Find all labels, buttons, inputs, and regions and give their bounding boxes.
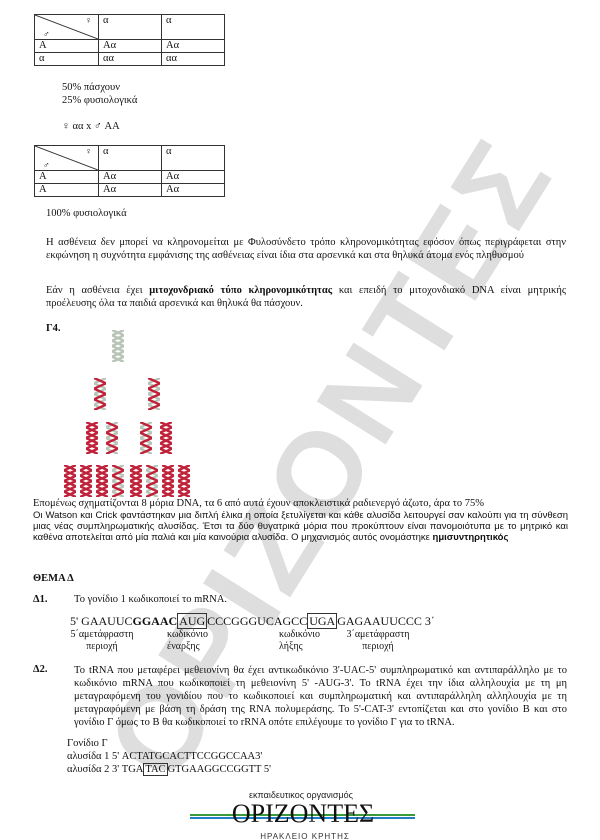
column-header: α: [162, 146, 225, 171]
dna-helix-icon: [64, 465, 76, 497]
female-symbol: ♀: [85, 15, 92, 25]
column-header: α: [99, 15, 162, 40]
result-all-normal: 100% φυσιολογικά: [46, 208, 127, 219]
female-symbol: ♀: [85, 146, 92, 156]
dna-helix-icon: [130, 465, 142, 497]
genotype-cell: Αα: [99, 184, 162, 197]
d1-label: Δ1.: [33, 594, 47, 605]
bold-term: μιτοχονδριακό τύπο κληρονομικότητας: [149, 285, 332, 296]
dna-helix-icon: [112, 330, 124, 362]
genotype-cell: αα: [99, 53, 162, 66]
document-page: ♀ ♂ α α Α Αα Αα α αα αα 50% πάσχουν 25% …: [0, 0, 600, 840]
dna-helix-icon: [146, 465, 158, 497]
label-line: περιοχή: [62, 641, 142, 653]
genotype-cell: Αα: [99, 171, 162, 184]
watson-crick-paragraph: Οι Watson και Crick φαντάστηκαν μια διπλ…: [33, 510, 568, 543]
result-normal: 25% φυσιολογικά: [62, 95, 137, 106]
dna-helix-icon: [160, 422, 172, 454]
table-row: Α Αα Αα: [35, 40, 225, 53]
label-line: κωδικόνιο: [279, 629, 320, 641]
punnett-square-1: ♀ ♂ α α Α Αα Αα α αα αα: [34, 14, 225, 66]
label-line: περιοχή: [338, 641, 418, 653]
label-start-codon: κωδικόνιο έναρξης: [167, 629, 208, 653]
conclusion-text: Επομένως σχηματίζονται 8 μόρια DNA, τα 6…: [33, 498, 484, 509]
genotype-cell: Αα: [162, 40, 225, 53]
column-header: α: [162, 15, 225, 40]
section-heading-g4: Γ4.: [46, 323, 61, 334]
dna-helix-icon: [94, 378, 106, 410]
seq-suffix: GAGAAUUCCC 3΄: [337, 614, 435, 628]
seq-middle: CCCGGGUCAGCC: [207, 614, 307, 628]
strand-2: αλυσίδα 2 3' TGATACGTGAAGGCCGGTT 5': [67, 764, 271, 775]
stop-codon-box: UGA: [307, 613, 337, 629]
d2-label: Δ2.: [33, 664, 47, 675]
dna-helix-icon: [106, 422, 118, 454]
dna-helix-icon: [178, 465, 190, 497]
row-header: Α: [35, 40, 99, 53]
boxed-triplet: TAC: [143, 763, 167, 776]
bold-term: ημισυντηρητικός: [433, 532, 509, 543]
dna-replication-diagram: [60, 330, 200, 500]
dna-helix-icon: [80, 465, 92, 497]
paragraph-mitochondrial: Εάν η ασθένεια έχει μιτοχονδριακό τύπο κ…: [46, 284, 566, 310]
label-line: λήξης: [279, 641, 320, 653]
genotype-cell: Αα: [162, 184, 225, 197]
logo-location: ΗΡΑΚΛΕΙΟ ΚΡΗΤΗΣ: [250, 832, 360, 840]
dna-helix-icon: [162, 465, 174, 497]
result-affected: 50% πάσχουν: [62, 82, 120, 93]
table-corner-cell: ♀ ♂: [35, 15, 99, 40]
dna-helix-icon: [140, 422, 152, 454]
strand-suffix: GTGAAGGCCGGTT 5': [168, 764, 272, 775]
start-codon-box: AUG: [177, 613, 207, 629]
genotype-cell: Αα: [99, 40, 162, 53]
label-line: κωδικόνιο: [167, 629, 208, 641]
dna-helix-icon: [96, 465, 108, 497]
genotype-cell: αα: [162, 53, 225, 66]
seq-prefix: 5' GAAUUC: [70, 614, 133, 628]
dna-helix-icon: [112, 465, 124, 497]
dna-helix-icon: [86, 422, 98, 454]
male-symbol: ♂: [43, 29, 50, 39]
table-row: α αα αα: [35, 53, 225, 66]
label-line: 3΄αμετάφραστη: [338, 629, 418, 641]
row-header: Α: [35, 184, 99, 197]
gene-label: Γονίδιο Γ: [67, 738, 108, 749]
table-corner-cell: ♀ ♂: [35, 146, 99, 171]
label-line: 5΄αμετάφραστη: [62, 629, 142, 641]
row-header: α: [35, 53, 99, 66]
label-3utr: 3΄αμετάφραστη περιοχή: [338, 629, 418, 653]
cross-2-label: ♀ αα x ♂ ΑΑ: [62, 121, 120, 132]
strand-1: αλυσίδα 1 5' ACTATGCACTTCCGGCCAA3': [67, 751, 262, 762]
label-line: έναρξης: [167, 641, 208, 653]
strand-prefix: αλυσίδα 2 3' TGA: [67, 764, 143, 775]
punnett-square-2: ♀ ♂ α α Α Αα Αα Α Αα Αα: [34, 145, 225, 197]
male-symbol: ♂: [43, 160, 50, 170]
label-stop-codon: κωδικόνιο λήξης: [279, 629, 320, 653]
d2-text: Το tRNA που μεταφέρει μεθειονίνη θα έχει…: [74, 664, 567, 729]
seq-bold: GGAAC: [133, 614, 178, 628]
section-heading-thema-d: ΘΕΜΑ Δ: [33, 573, 74, 584]
text-span: Εάν η ασθένεια έχει: [46, 285, 149, 296]
paragraph-x-linked: Η ασθένεια δεν μπορεί να κληρονομείται μ…: [46, 236, 566, 262]
label-5utr: 5΄αμετάφραστη περιοχή: [62, 629, 142, 653]
logo-name: ΟΡΙΖΟΝΤΕΣ: [228, 799, 378, 829]
genotype-cell: Αα: [162, 171, 225, 184]
d1-text: Το γονίδιο 1 κωδικοποιεί το mRNA.: [74, 594, 227, 605]
row-header: Α: [35, 171, 99, 184]
dna-helix-icon: [148, 378, 160, 410]
table-row: Α Αα Αα: [35, 184, 225, 197]
mrna-sequence: 5' GAAUUCGGAACAUGCCCGGGUCAGCCUGAGAGAAUUC…: [70, 614, 435, 629]
table-row: Α Αα Αα: [35, 171, 225, 184]
column-header: α: [99, 146, 162, 171]
